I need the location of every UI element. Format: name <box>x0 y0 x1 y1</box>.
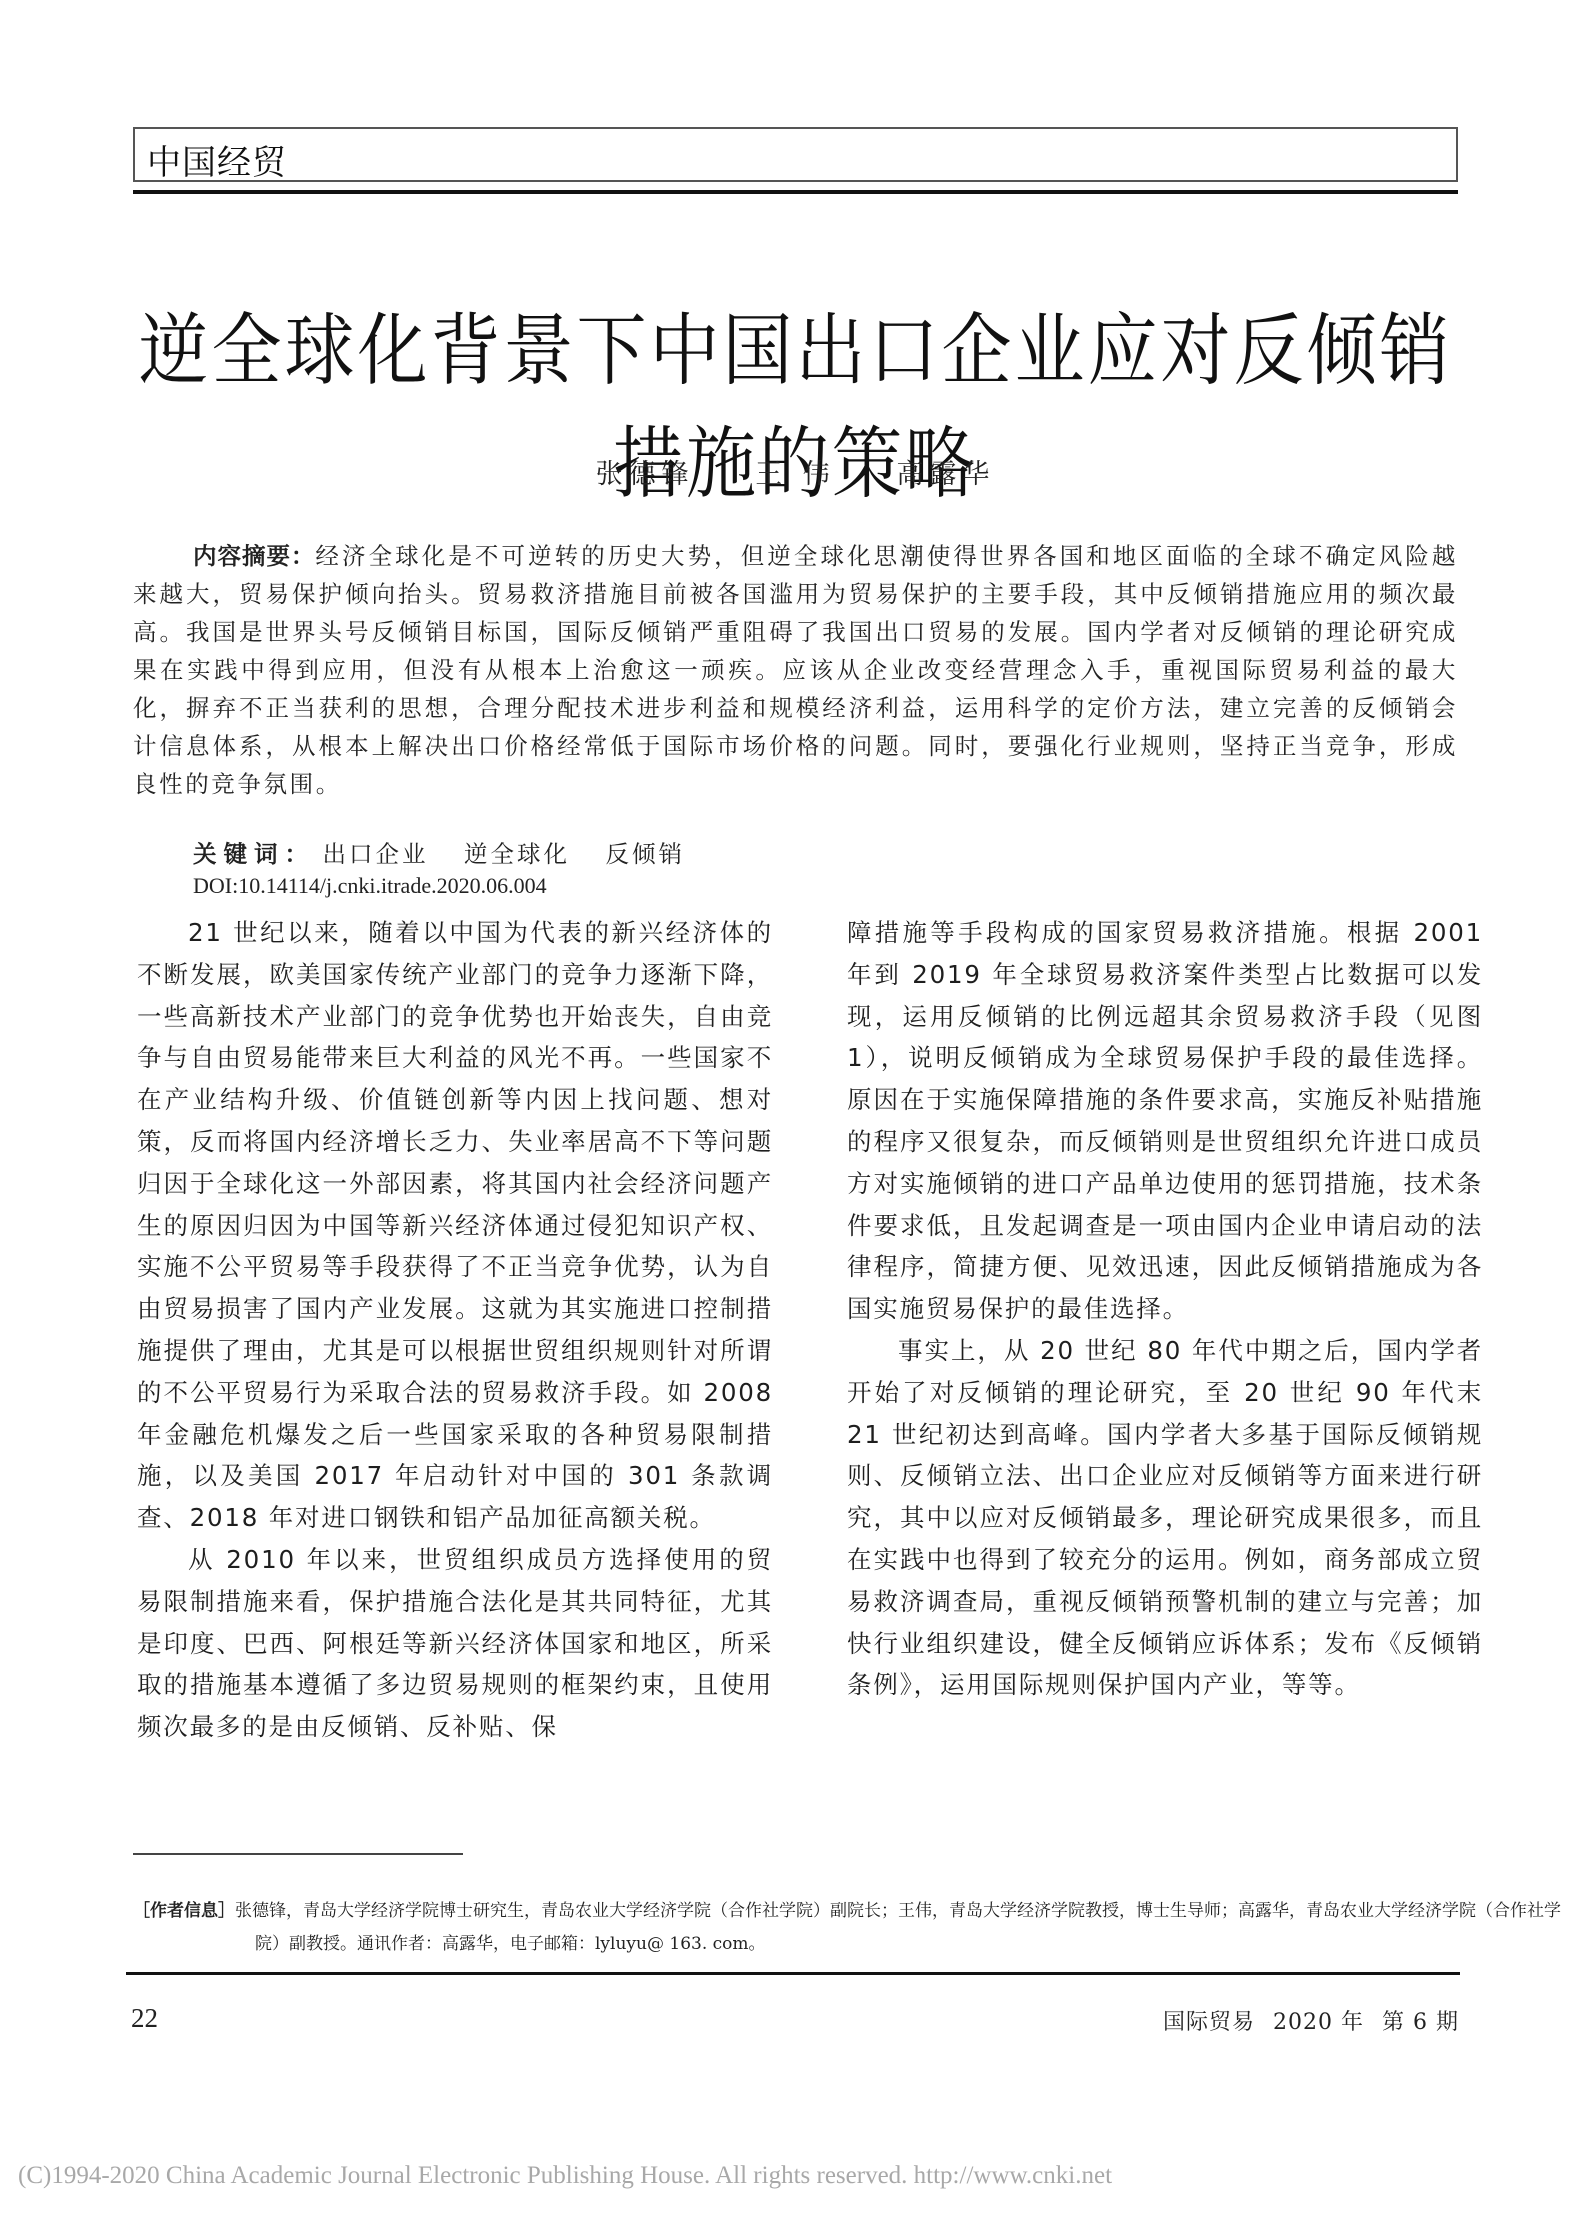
page-number: 22 <box>131 2003 158 2034</box>
body-column-right: 障措施等手段构成的国家贸易救济措施。根据 2001 年到 2019 年全球贸易救… <box>847 912 1483 1706</box>
paragraph: 事实上，从 20 世纪 80 年代中期之后，国内学者开始了对反倾销的理论研究，至… <box>847 1330 1483 1706</box>
journal-year: 2020 年 <box>1273 2010 1364 2035</box>
doi: DOI:10.14114/j.cnki.itrade.2020.06.004 <box>193 873 547 899</box>
paragraph: 障措施等手段构成的国家贸易救济措施。根据 2001 年到 2019 年全球贸易救… <box>847 912 1483 1330</box>
header-divider <box>133 190 1458 194</box>
author-name: 高露华 <box>896 459 995 490</box>
journal-name: 国际贸易 <box>1163 2010 1255 2035</box>
abstract: 内容摘要：经济全球化是不可逆转的历史大势，但逆全球化思潮使得世界各国和地区面临的… <box>133 537 1458 803</box>
keywords: 关键词： 出口企业 逆全球化 反倾销 <box>193 835 713 869</box>
copyright-notice: (C)1994-2020 China Academic Journal Elec… <box>18 2162 1112 2190</box>
author-info-text: 张德锋，青岛大学经济学院博士研究生，青岛农业大学经济学院（合作社学院）副院长；王… <box>235 1901 1561 1954</box>
section-label: 中国经贸 <box>147 135 287 184</box>
abstract-label: 内容摘要： <box>193 542 315 570</box>
keyword: 出口企业 <box>322 840 428 868</box>
journal-issue: 第 6 期 <box>1382 2010 1459 2035</box>
author-name: 王 伟 <box>755 459 836 490</box>
journal-info: 国际贸易2020 年第 6 期 <box>1145 2005 1459 2036</box>
paragraph: 从 2010 年以来，世贸组织成员方选择使用的贸易限制措施来看，保护措施合法化是… <box>137 1539 773 1748</box>
body-column-left: 21 世纪以来，随着以中国为代表的新兴经济体的不断发展，欧美国家传统产业部门的竞… <box>137 912 773 1748</box>
paragraph: 21 世纪以来，随着以中国为代表的新兴经济体的不断发展，欧美国家传统产业部门的竞… <box>137 912 773 1539</box>
section-header-box: 中国经贸 <box>133 127 1458 182</box>
keywords-label: 关键词： <box>193 840 315 868</box>
page-footer-divider <box>126 1972 1460 1975</box>
author-info-footnote: ［作者信息］张德锋，青岛大学经济学院博士研究生，青岛农业大学经济学院（合作社学院… <box>133 1895 1577 1961</box>
footnote-divider <box>133 1853 463 1855</box>
abstract-text: 经济全球化是不可逆转的历史大势，但逆全球化思潮使得世界各国和地区面临的全球不确定… <box>133 542 1458 798</box>
author-info-label: ［作者信息］ <box>133 1901 235 1921</box>
keyword: 反倾销 <box>605 840 685 868</box>
keyword: 逆全球化 <box>464 840 570 868</box>
author-name: 张德锋 <box>596 459 695 490</box>
author-list: 张德锋 王 伟 高露华 <box>133 452 1458 491</box>
